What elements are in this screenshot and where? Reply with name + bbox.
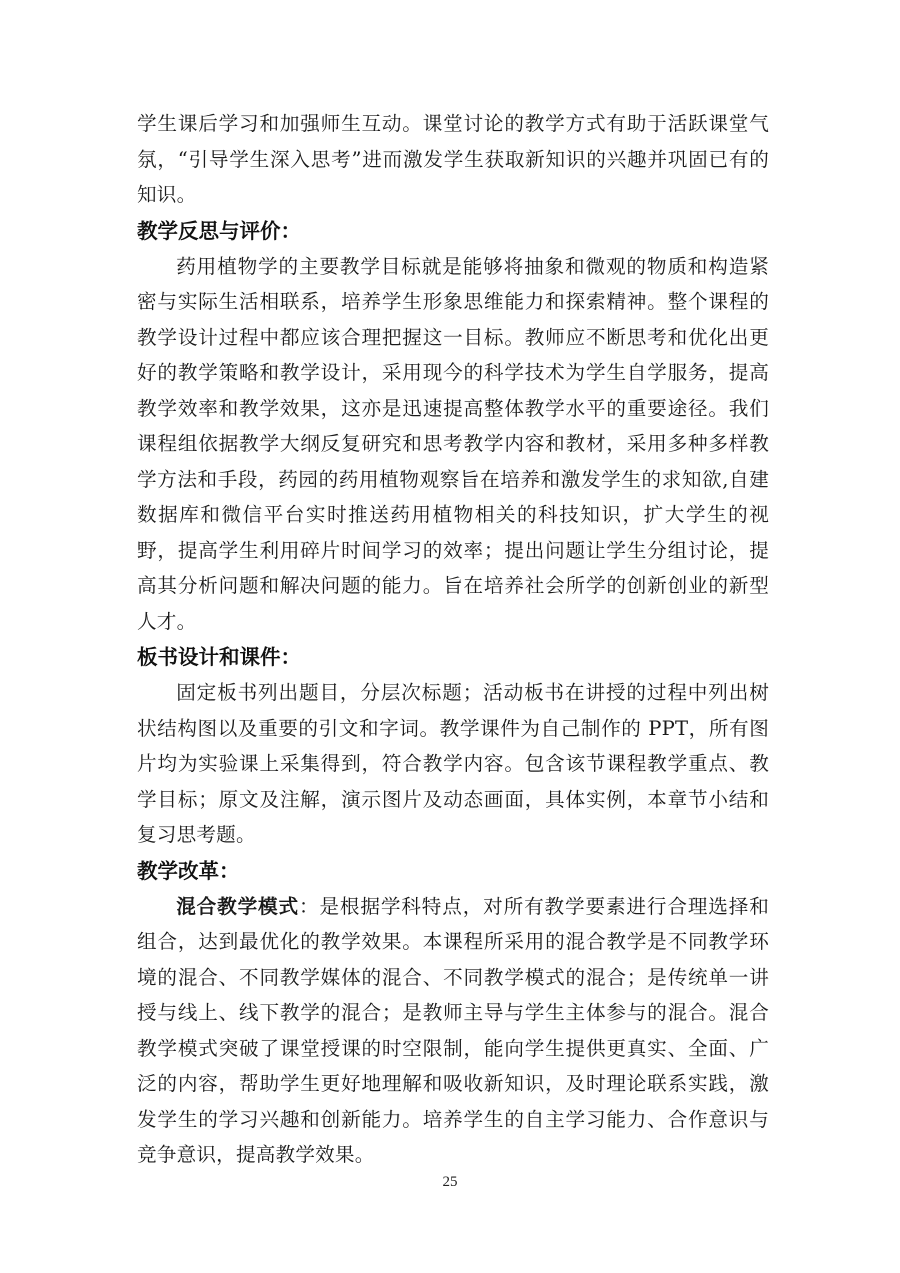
continuation-paragraph: 学生课后学习和加强师生互动。课堂讨论的教学方式有助于活跃课堂气氛，“引导学生深入…: [137, 106, 769, 213]
document-page: 学生课后学习和加强师生互动。课堂讨论的教学方式有助于活跃课堂气氛，“引导学生深入…: [137, 106, 769, 1173]
page-number: 25: [0, 1174, 900, 1191]
section-paragraph-reflection: 药用植物学的主要教学目标就是能够将抽象和微观的物质和构造紧密与实际生活相联系，培…: [137, 249, 769, 640]
term-colon: ：: [299, 895, 319, 918]
section-paragraph-teaching-reform: 混合教学模式：是根据学科特点，对所有教学要素进行合理选择和组合，达到最优化的教学…: [137, 889, 769, 1173]
section-paragraph-blackboard-courseware: 固定板书列出题目，分层次标题；活动板书在讲授的过程中列出树状结构图以及重要的引文…: [137, 675, 769, 853]
section-heading-teaching-reform: 教学改革：: [137, 853, 769, 889]
reform-body-text: 是根据学科特点，对所有教学要素进行合理选择和组合，达到最优化的教学效果。本课程所…: [137, 895, 769, 1167]
section-heading-reflection: 教学反思与评价：: [137, 213, 769, 249]
blended-teaching-term: 混合教学模式: [176, 895, 299, 918]
section-heading-blackboard-courseware: 板书设计和课件：: [137, 639, 769, 675]
